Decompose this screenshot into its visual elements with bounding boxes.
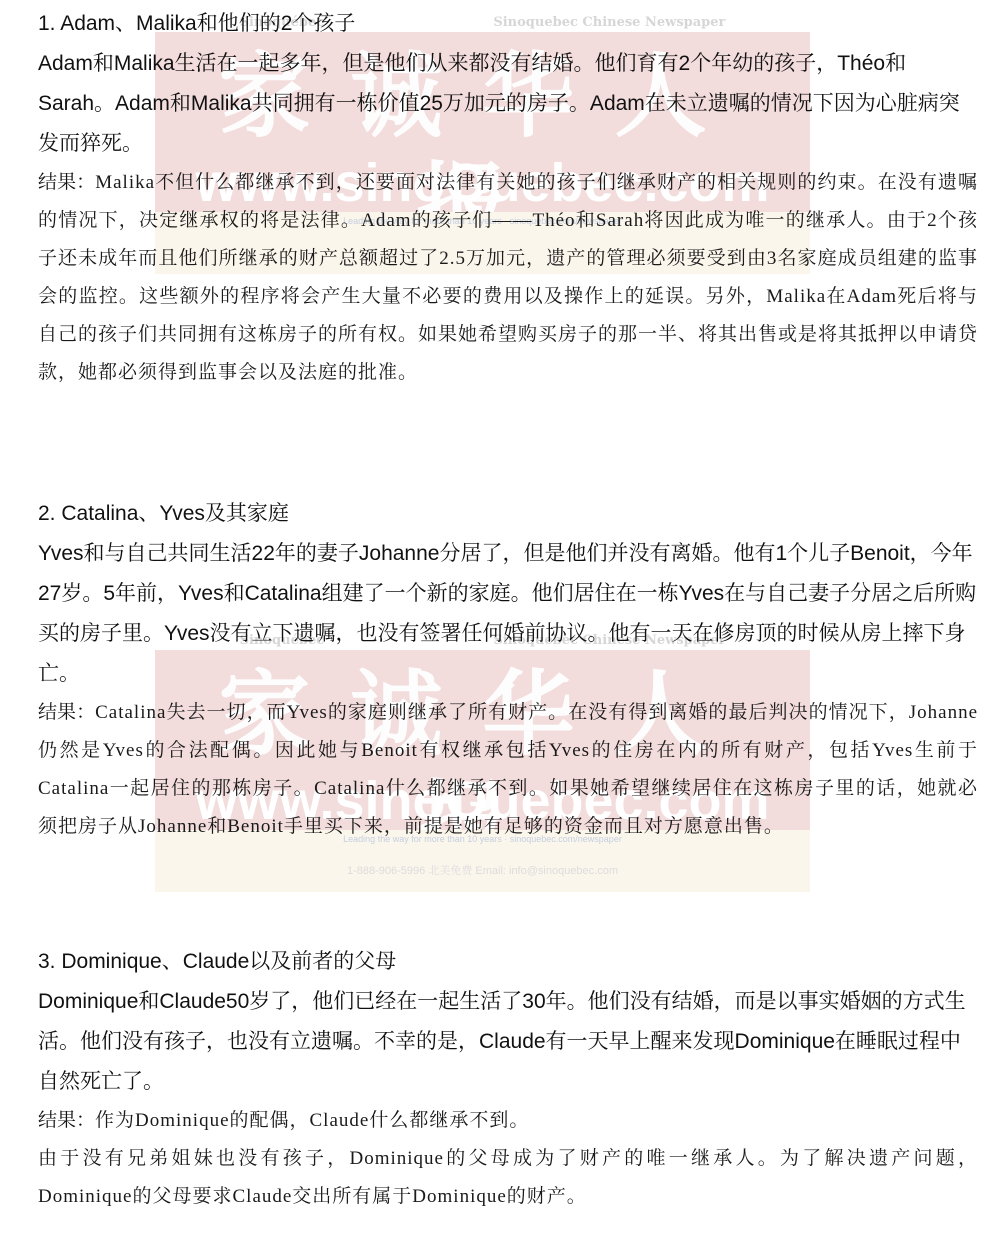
case-heading: 3. Dominique、Claude以及前者的父母	[38, 942, 978, 982]
case-section-3: 3. Dominique、Claude以及前者的父母 Dominique和Cla…	[38, 942, 978, 1216]
result-label: 结果：	[38, 1110, 95, 1131]
case-result: 结果：Catalina失去一切，而Yves的家庭则继承了所有财产。在没有得到离婚…	[38, 694, 978, 846]
case-result-extra: 由于没有兄弟姐妹也没有孩子，Dominique的父母成为了财产的唯一继承人。为了…	[38, 1140, 978, 1216]
result-text: Malika不但什么都继承不到，还要面对法律有关她的孩子们继承财产的相关规则的约…	[38, 172, 978, 383]
result-label: 结果：	[38, 172, 95, 193]
case-description: Adam和Malika生活在一起多年，但是他们从来都没有结婚。他们育有2个年幼的…	[38, 44, 978, 164]
case-section-2: 2. Catalina、Yves及其家庭 Yves和与自己共同生活22年的妻子J…	[38, 494, 978, 846]
result-label: 结果：	[38, 702, 95, 723]
case-result: 结果：作为Dominique的配偶，Claude什么都继承不到。	[38, 1102, 978, 1140]
case-description: Dominique和Claude50岁了，他们已经在一起生活了30年。他们没有结…	[38, 982, 978, 1102]
watermark-contact: 1-888-906-5996 北美免费 Email: info@sinoqueb…	[155, 862, 810, 878]
result-text: 作为Dominique的配偶，Claude什么都继承不到。	[95, 1110, 529, 1131]
case-section-1: 1. Adam、Malika和他们的2个孩子 Adam和Malika生活在一起多…	[38, 4, 978, 392]
case-heading: 1. Adam、Malika和他们的2个孩子	[38, 4, 978, 44]
case-heading: 2. Catalina、Yves及其家庭	[38, 494, 978, 534]
case-description: Yves和与自己共同生活22年的妻子Johanne分居了，但是他们并没有离婚。他…	[38, 534, 978, 694]
result-text: Catalina失去一切，而Yves的家庭则继承了所有财产。在没有得到离婚的最后…	[38, 702, 978, 837]
case-result: 结果：Malika不但什么都继承不到，还要面对法律有关她的孩子们继承财产的相关规…	[38, 164, 978, 392]
